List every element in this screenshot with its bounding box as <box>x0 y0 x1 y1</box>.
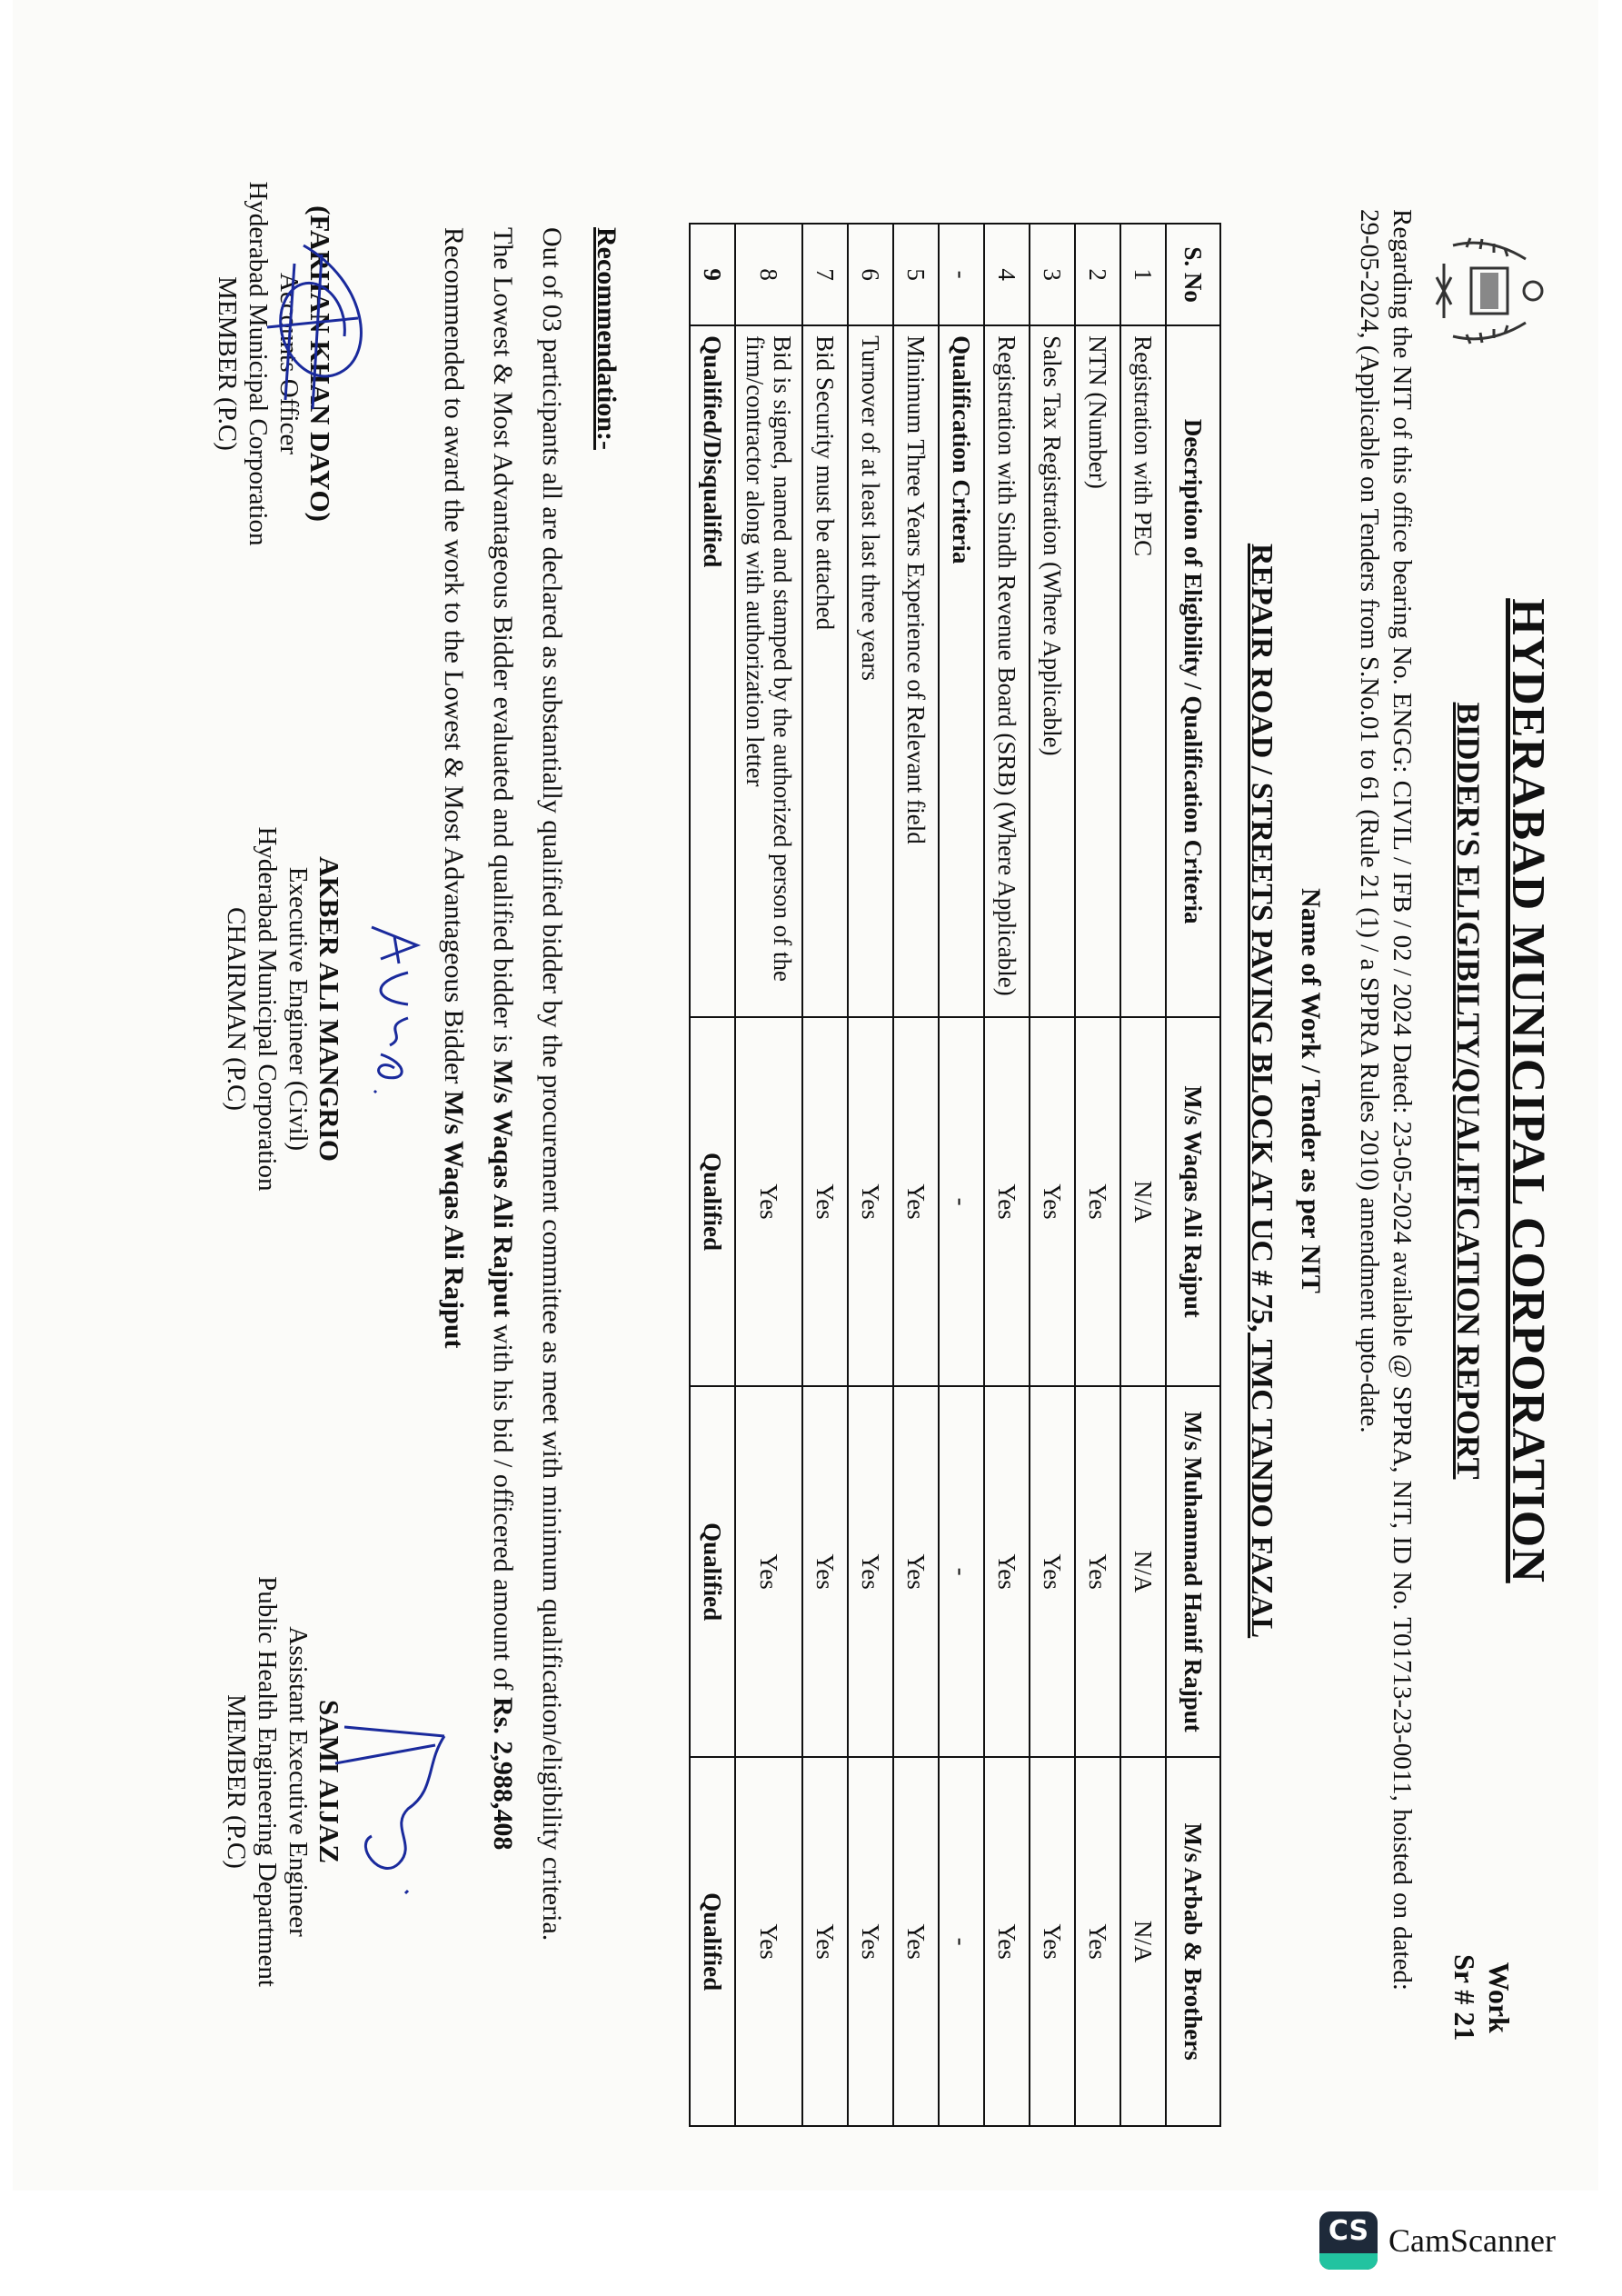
work-name: REPAIR ROAD / STREETS PAVING BLOCK AT UC… <box>1244 0 1279 2181</box>
bidder-3-value: Yes <box>893 1757 939 2126</box>
bid-amount: Rs. 2,988,408 <box>488 1697 518 1850</box>
signatory-name: SAMI AIJAZ <box>313 1545 344 2018</box>
signatory-block-3: SAMI AIJAZ Assistant Executive Engineer … <box>221 1545 344 2018</box>
bidder-3-value: Yes <box>1030 1757 1075 2126</box>
camscanner-logo-text: CS <box>1319 2215 1378 2247</box>
bidder-1-value: Yes <box>984 1017 1030 1386</box>
bidder-2-value: Yes <box>1030 1386 1075 1757</box>
bidder-3-value: Yes <box>735 1757 802 2126</box>
bidder-2-value: Yes <box>1075 1386 1120 1757</box>
table-row: 3Sales Tax Registration (Where Applicabl… <box>1030 224 1075 2126</box>
table-row: 1Registration with PECN/AN/AN/A <box>1120 224 1166 2126</box>
signatory-designation: Accounts Officer <box>274 127 304 600</box>
row-serial: - <box>939 224 984 325</box>
row-criteria: Registration with Sindh Revenue Board (S… <box>984 325 1030 1017</box>
row-serial: 4 <box>984 224 1030 325</box>
col-header-bidder-3: M/s Arbab & Brothers <box>1166 1757 1220 2126</box>
recommendation-text: Out of 03 participants all are declared … <box>429 227 576 2136</box>
bidder-2-value: Qualified <box>690 1386 735 1757</box>
table-row: 4Registration with Sindh Revenue Board (… <box>984 224 1030 2126</box>
report-title: BIDDER'S ELIGIBILTY/QUALIFICATION REPORT <box>1449 0 1488 2181</box>
row-serial: 5 <box>893 224 939 325</box>
signatory-organization: Public Health Engineering Department <box>252 1545 283 2018</box>
bidder-1-value: Yes <box>1075 1017 1120 1386</box>
recommendation-line-3: Recommended to award the work to the Low… <box>429 227 478 2136</box>
signatory-name: (FARHAN KHAN DAYO) <box>304 127 335 600</box>
bidder-1-value: Yes <box>1030 1017 1075 1386</box>
row-serial: 2 <box>1075 224 1120 325</box>
row-criteria: Bid Security must be attached <box>802 325 848 1017</box>
table-row: 7Bid Security must be attachedYesYesYes <box>802 224 848 2126</box>
bidder-3-value: N/A <box>1120 1757 1166 2126</box>
row-serial: 1 <box>1120 224 1166 325</box>
bidder-1-value: Yes <box>802 1017 848 1386</box>
recommendation-heading: Recommendation:- <box>591 227 622 450</box>
recommended-bidder-name: M/s Waqas Ali Rajput <box>439 1091 469 1349</box>
work-reference: Work Sr # 21 <box>1448 1954 1517 2041</box>
table-row: 6Turnover of at least last three yearsYe… <box>848 224 893 2126</box>
bidder-2-value: Yes <box>802 1386 848 1757</box>
bidder-1-value: - <box>939 1017 984 1386</box>
bidder-1-value: Yes <box>735 1017 802 1386</box>
bidder-2-value: - <box>939 1386 984 1757</box>
row-criteria: Qualification Criteria <box>939 325 984 1017</box>
row-serial: 9 <box>690 224 735 325</box>
work-serial-number: Sr # 21 <box>1448 1954 1482 2041</box>
table-row: 2NTN (Number)YesYesYes <box>1075 224 1120 2126</box>
bidder-3-value: Yes <box>1075 1757 1120 2126</box>
signatory-designation: Assistant Executive Engineer <box>283 1545 313 2018</box>
col-header-sno: S. No <box>1166 224 1220 325</box>
bidder-2-value: Yes <box>893 1386 939 1757</box>
table-row: 5Minimum Three Years Experience of Relev… <box>893 224 939 2126</box>
row-criteria: Bid is signed, named and stamped by the … <box>735 325 802 1017</box>
signatory-organization: Hyderabad Municipal Corporation <box>252 773 283 1245</box>
organization-title: HYDERABAD MUNICIPAL CORPORATION <box>1501 0 1555 2181</box>
document-page: HYDERABAD MUNICIPAL CORPORATION BIDDER'S… <box>13 0 1598 2181</box>
bidder-3-value: - <box>939 1757 984 2126</box>
row-criteria: Registration with PEC <box>1120 325 1166 1017</box>
work-name-label: Name of Work / Tender as per NIT <box>1295 0 1326 2181</box>
signatory-organization: Hyderabad Municipal Corporation <box>243 127 274 600</box>
row-serial: 7 <box>802 224 848 325</box>
table-row: -Qualification Criteria--- <box>939 224 984 2126</box>
row-criteria: NTN (Number) <box>1075 325 1120 1017</box>
rec-line2-suffix: with his bid / officered amount of <box>488 1317 518 1697</box>
signatory-name: AKBER ALI MANGRIO <box>313 773 344 1245</box>
lowest-bidder-name: M/s Waqas Ali Rajput <box>488 1060 518 1318</box>
row-criteria: Sales Tax Registration (Where Applicable… <box>1030 325 1075 1017</box>
signatory-designation: Executive Engineer (Civil) <box>283 773 313 1245</box>
rec-line2-prefix: The Lowest & Most Advantageous Bidder ev… <box>488 227 518 1060</box>
bidder-2-value: N/A <box>1120 1386 1166 1757</box>
bidder-1-value: N/A <box>1120 1017 1166 1386</box>
table-header-row: S. No Description of Eligibility / Quali… <box>1166 224 1220 2126</box>
bidder-3-value: Yes <box>984 1757 1030 2126</box>
bidder-2-value: Yes <box>984 1386 1030 1757</box>
bidder-1-value: Qualified <box>690 1017 735 1386</box>
col-header-bidder-1: M/s Waqas Ali Rajput <box>1166 1017 1220 1386</box>
rec-line3-prefix: Recommended to award the work to the Low… <box>439 227 469 1091</box>
camscanner-app-name: CamScanner <box>1388 2221 1556 2260</box>
row-serial: 8 <box>735 224 802 325</box>
table-row: 8Bid is signed, named and stamped by the… <box>735 224 802 2126</box>
signatory-role: MEMBER (P.C) <box>221 1545 252 2018</box>
bidder-3-value: Qualified <box>690 1757 735 2126</box>
camscanner-logo-icon: CS <box>1319 2211 1378 2270</box>
recommendation-line-2: The Lowest & Most Advantageous Bidder ev… <box>478 227 527 2136</box>
col-header-description: Description of Eligibility / Qualificati… <box>1166 325 1220 1017</box>
camscanner-watermark: CS CamScanner <box>1319 2211 1556 2270</box>
row-criteria: Minimum Three Years Experience of Releva… <box>893 325 939 1017</box>
signatory-role: CHAIRMAN (P.C) <box>221 773 252 1245</box>
col-header-bidder-2: M/s Muhammad Hanif Rajput <box>1166 1386 1220 1757</box>
recommendation-line-1: Out of 03 participants all are declared … <box>527 227 576 2136</box>
table-row: 9Qualified/DisqualifiedQualifiedQualifie… <box>690 224 735 2126</box>
bidder-3-value: Yes <box>848 1757 893 2126</box>
bidder-3-value: Yes <box>802 1757 848 2126</box>
eligibility-table: S. No Description of Eligibility / Quali… <box>689 223 1221 2127</box>
row-serial: 3 <box>1030 224 1075 325</box>
signatory-role: MEMBER (P.C) <box>212 127 243 600</box>
row-criteria: Turnover of at least last three years <box>848 325 893 1017</box>
bidder-2-value: Yes <box>848 1386 893 1757</box>
signatory-block-2: AKBER ALI MANGRIO Executive Engineer (Ci… <box>221 773 344 1245</box>
scanned-page: HYDERABAD MUNICIPAL CORPORATION BIDDER'S… <box>13 0 1598 2191</box>
bidder-1-value: Yes <box>893 1017 939 1386</box>
intro-paragraph: Regarding the NIT of this office bearing… <box>1353 209 1418 1991</box>
bidder-2-value: Yes <box>735 1386 802 1757</box>
signature-scribble-2 <box>353 918 435 1100</box>
work-ref-label: Work <box>1482 1954 1517 2041</box>
row-criteria: Qualified/Disqualified <box>690 325 735 1017</box>
row-serial: 6 <box>848 224 893 325</box>
bidder-1-value: Yes <box>848 1017 893 1386</box>
signatory-block-1: (FARHAN KHAN DAYO) Accounts Officer Hyde… <box>212 127 335 600</box>
